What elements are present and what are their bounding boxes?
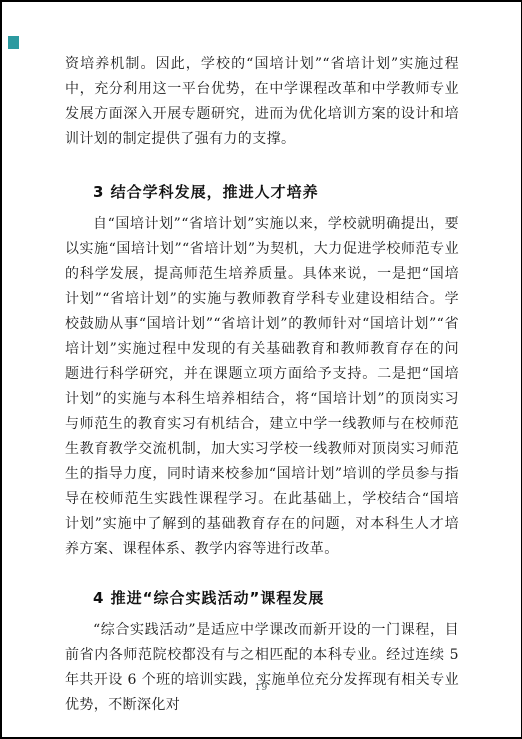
paragraph-section-4: “综合实践活动”是适应中学课改而新开设的一门课程，目前省内各师范院校都没有与之相… [65,618,459,718]
paragraph-continuation: 资培养机制。因此，学校的“国培计划”“省培计划”实施过程中，充分利用这一平台优势… [65,52,459,152]
section-heading-3: 3 结合学科发展，推进人才培养 [65,182,459,202]
document-page: 资培养机制。因此，学校的“国培计划”“省培计划”实施过程中，充分利用这一平台优势… [0,0,522,739]
paragraph-section-3: 自“国培计划”“省培计划”实施以来，学校就明确提出，要以实施“国培计划”“省培计… [65,212,459,562]
section-heading-4: 4 推进“综合实践活动”课程发展 [65,588,459,608]
page-number: 19 [2,683,521,693]
page-content: 资培养机制。因此，学校的“国培计划”“省培计划”实施过程中，充分利用这一平台优势… [65,52,459,718]
corner-mark [8,36,19,49]
